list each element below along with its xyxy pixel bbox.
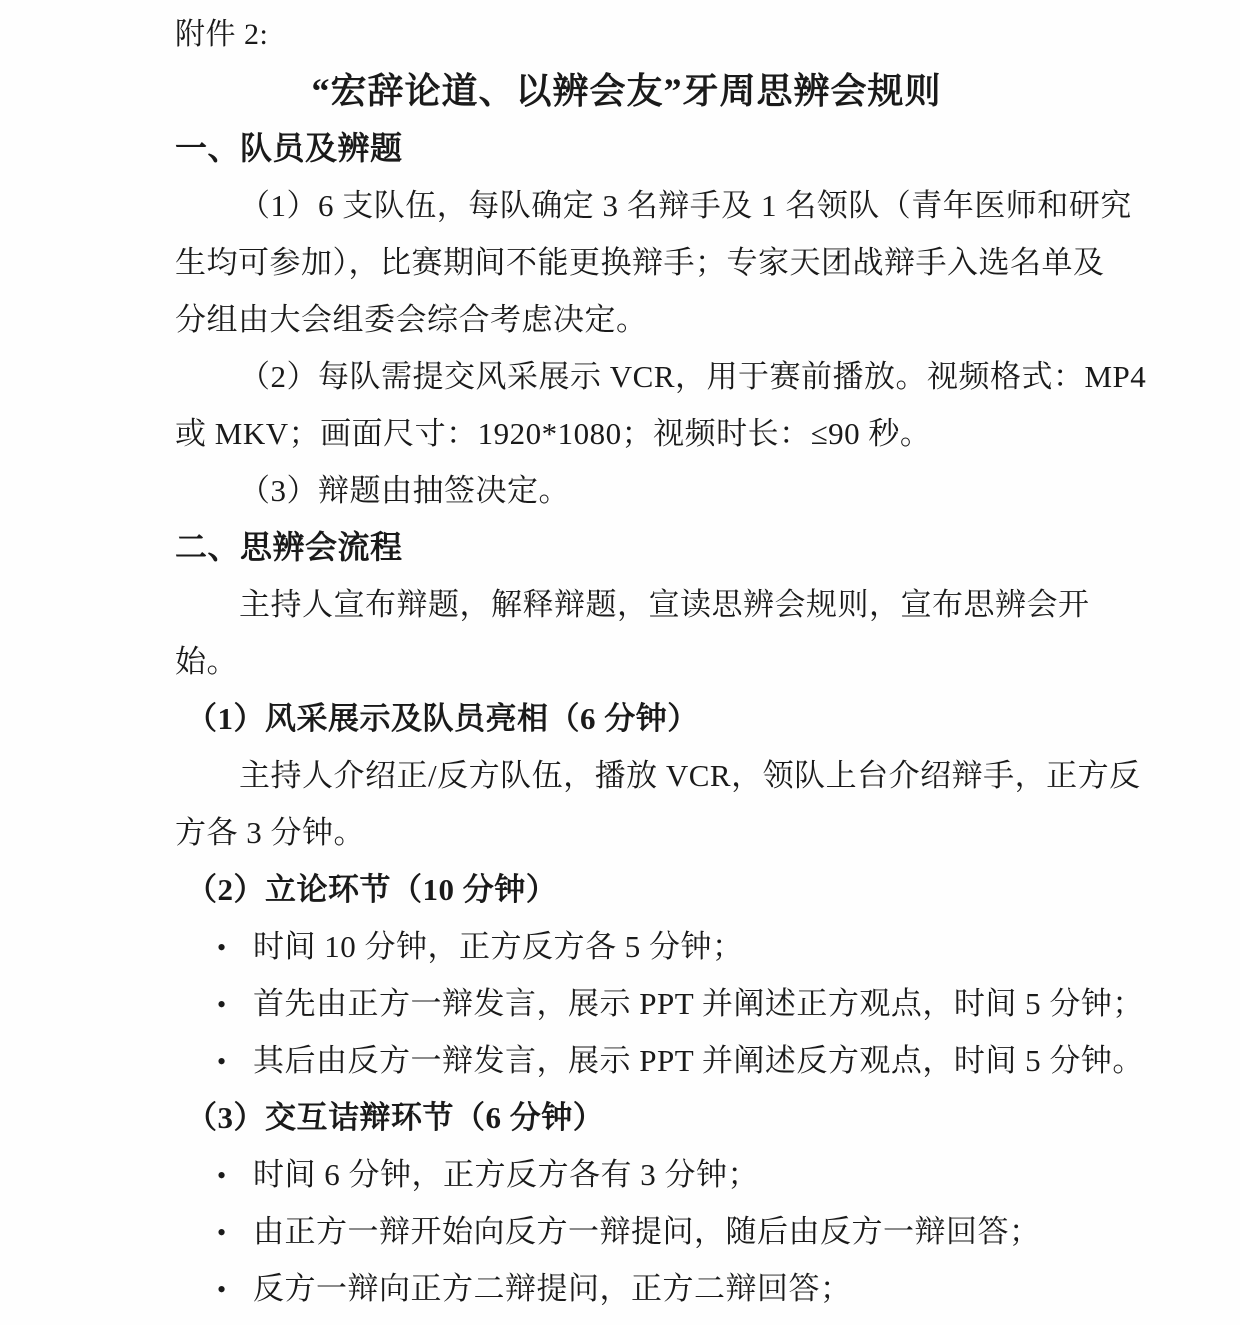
document-content: 附件 2:“宏辞论道、以辨会友”牙周思辨会规则一、队员及辨题（1）6 支队伍，每… — [0, 0, 1240, 1317]
attachment-label: 附件 2: — [175, 6, 1180, 63]
bullet-dot-icon: • — [217, 1204, 253, 1261]
document-title: “宏辞论道、以辨会友”牙周思辨会规则 — [175, 63, 1078, 120]
bullet-text: 首先由正方一辩发言，展示 PPT 并阐述正方观点，时间 5 分钟； — [253, 986, 1144, 1021]
bullet-dot-icon: • — [217, 1033, 253, 1090]
bullet-dot-icon: • — [217, 1147, 253, 1204]
paragraph-line: 主持人宣布辩题，解释辩题，宣读思辨会规则，宣布思辨会开 — [175, 576, 1180, 633]
paragraph-line: （1）6 支队伍，每队确定 3 名辩手及 1 名领队（青年医师和研究 — [175, 177, 1180, 234]
bullet-text: 其后由反方一辩发言，展示 PPT 并阐述反方观点，时间 5 分钟。 — [253, 1043, 1144, 1078]
bullet-item: •首先由正方一辩发言，展示 PPT 并阐述正方观点，时间 5 分钟； — [175, 975, 1180, 1032]
bullet-text: 由正方一辩开始向反方一辩提问，随后由反方一辩回答； — [253, 1214, 1041, 1249]
section-heading: 二、思辨会流程 — [175, 519, 1180, 576]
bullet-text: 时间 10 分钟，正方反方各 5 分钟； — [253, 929, 744, 964]
bullet-item: •其后由反方一辩发言，展示 PPT 并阐述反方观点，时间 5 分钟。 — [175, 1032, 1180, 1089]
paragraph-line: 生均可参加），比赛期间不能更换辩手；专家天团战辩手入选名单及 — [175, 234, 1180, 291]
bullet-text: 反方一辩向正方二辩提问，正方二辩回答； — [253, 1271, 852, 1306]
bullet-item: •时间 6 分钟，正方反方各有 3 分钟； — [175, 1146, 1180, 1203]
subsection-heading: （2）立论环节（10 分钟） — [186, 861, 1180, 918]
bullet-item: •时间 10 分钟，正方反方各 5 分钟； — [175, 918, 1180, 975]
section-heading: 一、队员及辨题 — [175, 120, 1180, 177]
bullet-dot-icon: • — [217, 976, 253, 1033]
document-page: 附件 2:“宏辞论道、以辨会友”牙周思辨会规则一、队员及辨题（1）6 支队伍，每… — [0, 0, 1240, 1325]
subsection-heading: （1）风采展示及队员亮相（6 分钟） — [186, 690, 1180, 747]
paragraph-line: 主持人介绍正/反方队伍，播放 VCR，领队上台介绍辩手，正方反 — [175, 747, 1180, 804]
paragraph-line: （2）每队需提交风采展示 VCR，用于赛前播放。视频格式：MP4 — [175, 348, 1180, 405]
paragraph-line: （3）辩题由抽签决定。 — [175, 462, 1180, 519]
paragraph-line: 始。 — [175, 633, 1180, 690]
bullet-dot-icon: • — [217, 1261, 253, 1318]
bullet-text: 时间 6 分钟，正方反方各有 3 分钟； — [253, 1157, 759, 1192]
subsection-heading: （3）交互诘辩环节（6 分钟） — [186, 1089, 1180, 1146]
paragraph-line: 分组由大会组委会综合考虑决定。 — [175, 291, 1180, 348]
bullet-item: •反方一辩向正方二辩提问，正方二辩回答； — [175, 1260, 1180, 1317]
paragraph-line: 方各 3 分钟。 — [175, 804, 1180, 861]
bullet-dot-icon: • — [217, 919, 253, 976]
paragraph-line: 或 MKV；画面尺寸：1920*1080；视频时长：≤90 秒。 — [175, 405, 1180, 462]
bullet-item: •由正方一辩开始向反方一辩提问，随后由反方一辩回答； — [175, 1203, 1180, 1260]
